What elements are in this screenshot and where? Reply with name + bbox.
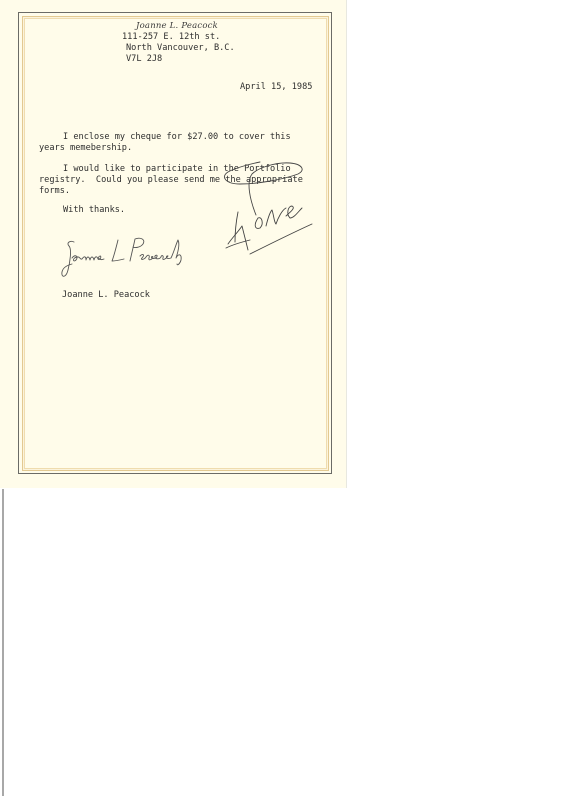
closing: With thanks. xyxy=(63,205,125,216)
letter-paper: Joanne L. Peacock 111-257 E. 12th st. No… xyxy=(0,0,347,488)
address-line-2: North Vancouver, B.C. xyxy=(126,43,235,54)
body-paragraph-2-line-3: forms. xyxy=(39,186,70,197)
address-line-3: V7L 2J8 xyxy=(126,54,162,65)
handwritten-done-annotation xyxy=(220,160,330,265)
letterhead-name: Joanne L. Peacock xyxy=(136,21,218,31)
handwritten-signature xyxy=(60,234,210,284)
body-paragraph-1-line-1: I enclose my cheque for $27.00 to cover … xyxy=(63,132,291,143)
body-paragraph-1-line-2: years memebership. xyxy=(39,143,132,154)
scan-edge-line xyxy=(2,489,4,796)
address-line-1: 111-257 E. 12th st. xyxy=(122,32,220,43)
letter-date: April 15, 1985 xyxy=(240,82,312,93)
typed-signature-name: Joanne L. Peacock xyxy=(62,290,150,301)
